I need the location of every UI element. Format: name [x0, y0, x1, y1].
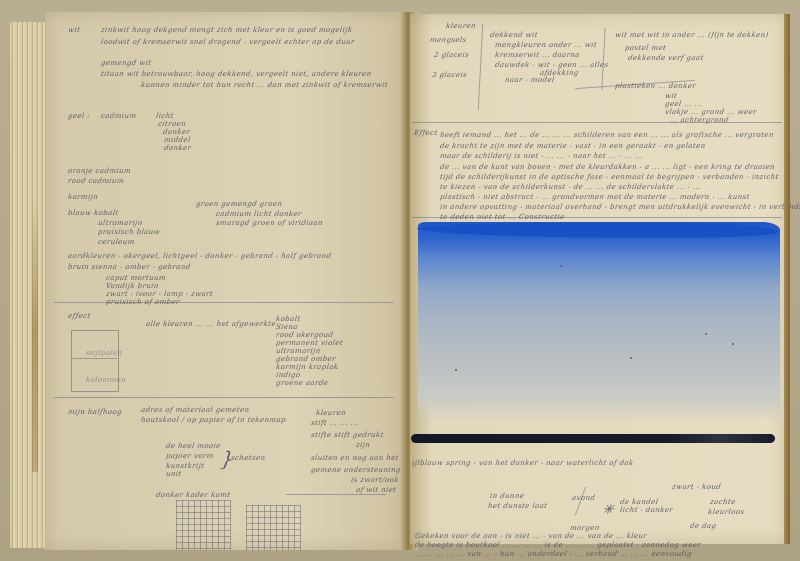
handwritten-line: gemengd wit	[100, 59, 152, 67]
handwritten-line: kleuren	[315, 409, 346, 417]
handwritten-line: permanent violet	[275, 339, 343, 347]
handwritten-line: schetsen	[230, 454, 266, 462]
handwritten-line: ... achtergrond	[669, 116, 729, 124]
handwritten-line: maar de schilderij is niet - ... ... - n…	[439, 152, 643, 160]
handwritten-line: effect	[67, 312, 91, 320]
handwritten-line: dekkende verf gaat	[627, 54, 704, 62]
handwritten-line: bruin sienna - omber - gebrand	[67, 263, 191, 271]
grid-sketch-left	[176, 500, 231, 550]
handwritten-line: mengsels	[429, 36, 467, 44]
handwritten-line: wit	[67, 26, 80, 34]
right-page-edge	[784, 14, 790, 544]
handwritten-line: zwart - ivoor - lamp - zwart	[105, 290, 213, 298]
handwritten-line: zachte	[709, 498, 736, 506]
handwritten-line: tijd de schilderijkunst in de optische f…	[439, 173, 779, 181]
handwritten-line: cadmium	[100, 112, 137, 120]
water-stain	[32, 192, 38, 472]
handwritten-line: pruisisch blauw	[97, 228, 160, 236]
handwritten-line: blauw kobalt	[67, 209, 119, 217]
handwritten-line: is zwart/ook	[350, 476, 399, 484]
handwritten-line: Vandijk bruin	[105, 282, 159, 290]
handwritten-line: cadmium licht donker	[215, 210, 302, 218]
handwritten-line: zwart - koud	[671, 483, 721, 491]
sun-sketch: ✳	[601, 502, 615, 518]
page-edges-stack	[10, 22, 50, 548]
handwritten-line: middel	[163, 136, 191, 144]
handwritten-line: kleurloos	[707, 508, 744, 516]
handwritten-line: sluiten en nog aan het	[310, 454, 399, 462]
paint-speck	[560, 265, 562, 267]
handwritten-line: stifte stift gedrukt	[310, 431, 384, 439]
handwritten-line: titaan wit betrouwbaar, hoog dekkend, ve…	[100, 70, 372, 78]
handwritten-line: wit met wit in ander ... (fijn te dekken…	[614, 31, 769, 39]
column-divider	[478, 24, 483, 110]
handwritten-line: de kandel	[619, 498, 658, 506]
handwritten-line: zijn	[355, 441, 370, 449]
handwritten-line: het dunste laat	[487, 502, 547, 510]
sketch-line	[71, 358, 117, 359]
handwritten-line: 2 glaceis	[433, 51, 469, 59]
handwritten-line: te kiezen - van de schilderkunst - de ..…	[439, 183, 701, 191]
divider-line	[54, 397, 394, 398]
handwritten-line: donker	[163, 144, 191, 152]
handwritten-line: adres of materiaal gemeten	[140, 406, 250, 414]
left-page: mijlpalen kolommen } witzinkwit hoog dek…	[45, 12, 406, 550]
handwritten-line: indigo	[275, 371, 301, 379]
black-ink-stroke	[411, 434, 775, 443]
handwritten-line: plastieken ... donker	[614, 82, 696, 90]
handwritten-line: kremserwit ... daarna	[494, 51, 580, 59]
handwritten-line: zinkwit hoog dekgend mengt zich met kleu…	[100, 26, 353, 34]
handwritten-line: morgen	[569, 524, 600, 532]
watercolor-wash	[418, 222, 780, 422]
handwritten-line: de hoogte is houtkool ... ... ... ... is…	[414, 541, 701, 549]
handwritten-line: kleuren	[445, 22, 476, 30]
handwritten-line: ijlblauw spring - van het donker - naar …	[411, 459, 634, 467]
sketch-label: kolommen	[85, 376, 126, 384]
column-divider	[601, 28, 605, 90]
handwritten-line: caput mortuum	[105, 274, 166, 282]
handwritten-line: ... ... ... ... ... van ... - hun ... on…	[414, 550, 692, 558]
handwritten-line: Effect	[413, 129, 438, 137]
handwritten-line: plastisch - niet abstract - ... grondvor…	[439, 193, 750, 201]
handwritten-line: ultramarijn	[275, 347, 321, 355]
handwritten-line: dekkend wit	[489, 31, 538, 39]
handwritten-line: te deden niet tot ... Constructie	[439, 213, 565, 221]
handwritten-line: Siena	[275, 323, 298, 331]
handwritten-line: rood okergoud	[275, 331, 333, 339]
handwritten-line: smaragd groen of viridiaan	[215, 219, 323, 227]
paint-speck	[455, 369, 457, 371]
handwritten-line: rood cadmium	[67, 177, 124, 185]
handwritten-line: donker	[162, 128, 190, 136]
handwritten-line: ceruleum	[97, 238, 135, 246]
grid-sketch-right	[246, 505, 301, 550]
handwritten-line: licht	[155, 112, 174, 120]
handwritten-line: in andere opvatting - materiaal overhand…	[439, 203, 800, 211]
handwritten-line: citroen	[157, 120, 186, 128]
paint-speck	[705, 333, 707, 335]
divider-line	[286, 494, 386, 495]
handwritten-line: de dag	[689, 522, 717, 530]
handwritten-line: naar - model	[504, 76, 555, 84]
handwritten-line: loodwit of kremserwit snel drogend - ver…	[100, 38, 355, 46]
handwritten-line: alle kleuren ... ... het afgewerkte	[145, 320, 276, 328]
handwritten-line: vlakje ... grond ... weer	[664, 108, 757, 116]
handwritten-line: mengkleuren onder ... wit	[494, 41, 597, 49]
paint-speck	[732, 343, 734, 345]
handwritten-line: heeft iemand ... het ... de ... ... ... …	[439, 131, 774, 139]
handwritten-line: aardkleuren - okergeel, lichtgeel - donk…	[67, 252, 332, 260]
handwritten-line: groen gemengd groen	[195, 200, 282, 208]
handwritten-line: gemene ondersteuning	[310, 466, 401, 474]
handwritten-line: oranje cadmium	[67, 167, 131, 175]
handwritten-line: 3 glaceis	[431, 71, 467, 79]
handwritten-line: de ... van de kant van boven - met de kl…	[439, 163, 775, 171]
handwritten-line: Gekeken voor de aan - is niet ... - van …	[414, 532, 647, 540]
handwritten-line: geel :	[67, 112, 90, 120]
handwritten-line: groene aarde	[275, 379, 328, 387]
handwritten-line: karmijn	[67, 193, 98, 201]
handwritten-line: of wit niet	[355, 486, 397, 494]
handwritten-line: in dunne	[489, 492, 524, 500]
handwritten-line: avond	[571, 494, 595, 502]
handwritten-line: pruisisch of omber	[105, 298, 180, 306]
handwritten-line: stift ... ... ...	[310, 419, 359, 427]
handwritten-line: kunstkrijt	[165, 462, 205, 470]
handwritten-line: de kracht te zijn met de materie - vast …	[439, 142, 706, 150]
handwritten-line: licht - donker	[619, 506, 673, 514]
handwritten-line: kobalt	[275, 315, 301, 323]
handwritten-line: unit	[165, 470, 182, 478]
handwritten-line: dauwdek - wit - geen ... alles	[494, 61, 609, 69]
handwritten-line: geel ... ...	[664, 100, 703, 108]
handwritten-line: donker kader komt	[155, 491, 231, 499]
handwritten-line: karmijn kraplak	[275, 363, 339, 371]
handwritten-line: mijn halfhoog	[67, 408, 122, 416]
handwritten-line: pastel met	[624, 44, 666, 52]
handwritten-line: kunnen minder tot hun recht ... dan met …	[140, 81, 388, 89]
paint-speck	[630, 357, 632, 359]
sketch-label: mijlpalen	[85, 349, 123, 357]
handwritten-line: wit	[664, 92, 677, 100]
handwritten-line: gebrand omber	[275, 355, 336, 363]
handwritten-line: houtskool / op papier of in tekenmap	[140, 416, 286, 424]
handwritten-line: de heel mooie	[165, 442, 221, 450]
handwritten-line: papier vorm	[165, 452, 214, 460]
handwritten-line: ultramarijn	[97, 219, 143, 227]
